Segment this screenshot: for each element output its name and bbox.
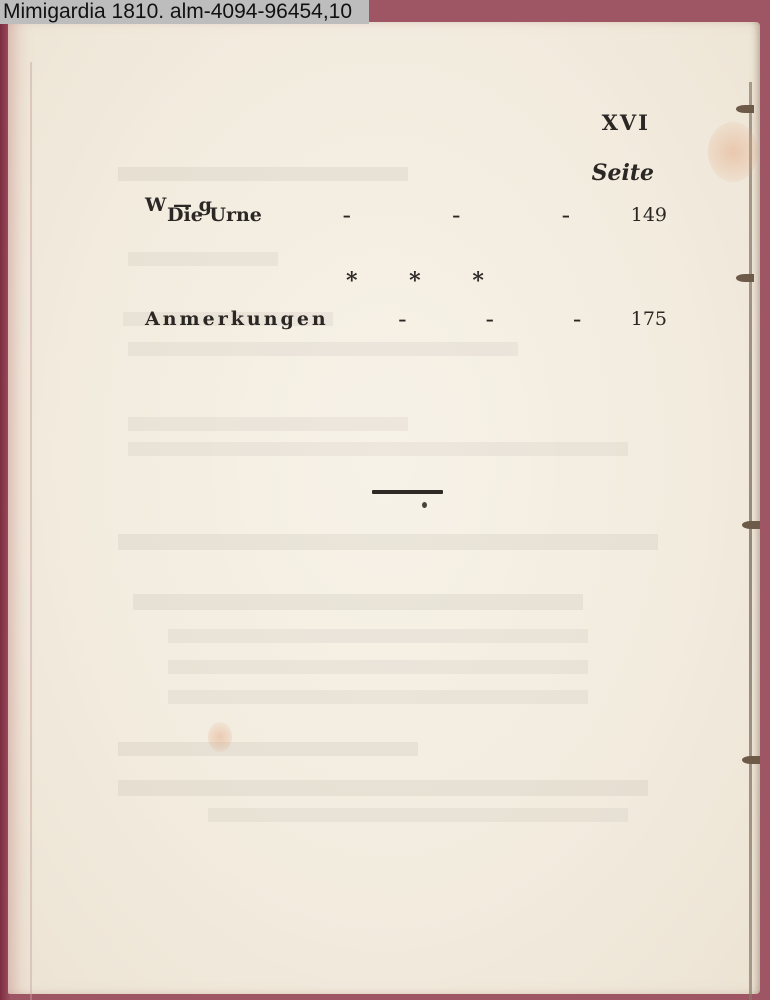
show-through-text [128,417,408,431]
leader: – [562,206,570,225]
toc-entry-page: 149 [631,204,667,226]
show-through-text [128,252,278,266]
toc-entry: Die Urne – – – 149 [145,204,667,230]
leader: – [398,310,406,329]
toc-entry-title: Anmerkungen [145,308,329,330]
show-through-text [118,167,408,181]
ink-dot [422,502,427,508]
binding-notch [736,105,754,113]
leader-dashes: – – – [329,310,621,329]
show-through-text [208,808,628,822]
leader: – [573,310,581,329]
show-through-text [118,780,648,796]
binding-notch [742,756,760,764]
gutter-line [30,62,32,1000]
binding-notch [736,274,754,282]
asterism-separator: * * * [346,268,506,294]
show-through-text [133,594,583,610]
show-through-text [128,442,628,456]
end-rule [372,490,443,494]
toc-entry: Anmerkungen – – – 175 [145,308,667,334]
leader: – [486,310,494,329]
page-column-header: Seite [592,160,654,186]
toc-entry-title: Die Urne [145,204,262,226]
show-through-text [168,690,588,704]
show-through-text [168,629,588,643]
show-through-text [118,534,658,550]
page-number: XVI [602,110,650,135]
leader-dashes: – – – [262,206,621,225]
foxing-stain [708,122,758,182]
page-edge [749,82,752,1000]
scan-caption: Mimigardia 1810. alm-4094-96454,10 [0,0,369,24]
show-through-text [128,342,518,356]
leader: – [452,206,460,225]
book-page: XVI Seite W — g Die Urne – – – 149 * * *… [8,22,760,994]
show-through-text [118,742,418,756]
binding-notch [742,521,760,529]
toc-entry-page: 175 [631,308,667,330]
leader: – [343,206,351,225]
show-through-text [168,660,588,674]
